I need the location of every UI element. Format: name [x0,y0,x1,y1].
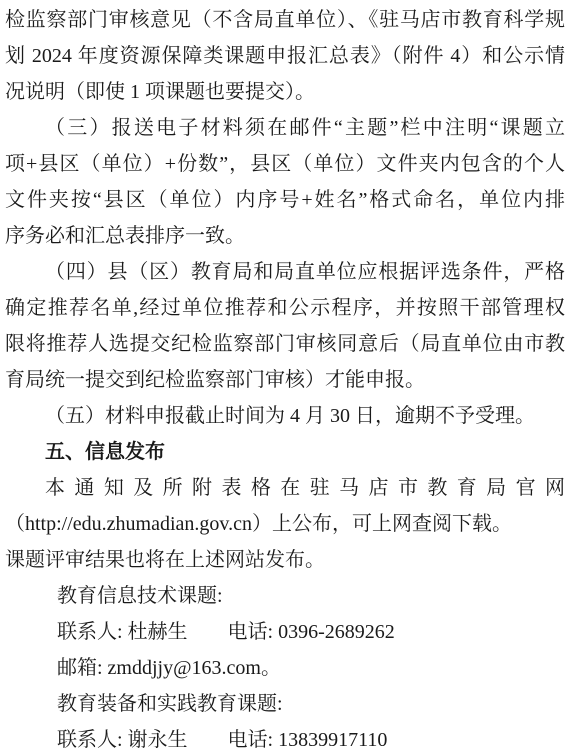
body-line-para-start: （四）县（区）教育局和局直单位应根据评选条件，严格 [5,254,565,290]
body-line: 确定推荐名单,经过单位推荐和公示程序，并按照干部管理权 [5,290,565,326]
website-url-line: （http://edu.zhumadian.gov.cn）上公布，可上网查阅下载… [5,506,565,542]
body-line-para-start: 本通知及所附表格在驻马店市教育局官网 [5,470,565,506]
body-line: 划 2024 年度资源保障类课题申报汇总表》（附件 4）和公示情 [5,38,565,74]
document-page: 检监察部门审核意见（不含局直单位）、《驻马店市教育科学规划 2024 年度资源保… [0,0,570,752]
body-line-para-start: （五）材料申报截止时间为 4 月 30 日，逾期不予受理。 [5,398,565,434]
body-line: 限将推荐人选提交纪检监察部门审核同意后（局直单位由市教 [5,326,565,362]
document-body: 检监察部门审核意见（不含局直单位）、《驻马店市教育科学规划 2024 年度资源保… [5,2,565,752]
contact-email-line: 邮箱: zmddjjy@163.com。 [5,650,565,686]
body-line: 项+县区（单位）+份数”，县区（单位）文件夹内包含的个人 [5,146,565,182]
contact-topic-line: 教育装备和实践教育课题: [5,686,565,722]
contact-person-phone-line: 联系人: 杜赫生 电话: 0396-2689262 [5,614,565,650]
body-line: 育局统一提交到纪检监察部门审核）才能申报。 [5,362,565,398]
body-line: 检监察部门审核意见（不含局直单位）、《驻马店市教育科学规 [5,2,565,38]
body-line: 文件夹按“县区（单位）内序号+姓名”格式命名，单位内排 [5,182,565,218]
body-line: 况说明（即使 1 项课题也要提交）。 [5,74,565,110]
body-line: 课题评审结果也将在上述网站发布。 [5,542,565,578]
contact-topic-line: 教育信息技术课题: [5,578,565,614]
contact-person-phone-line: 联系人: 谢永生 电话: 13839917110 [5,722,565,752]
section-heading: 五、信息发布 [5,434,565,470]
body-line: 序务必和汇总表排序一致。 [5,218,565,254]
body-line-para-start: （三）报送电子材料须在邮件“主题”栏中注明“课题立 [5,110,565,146]
